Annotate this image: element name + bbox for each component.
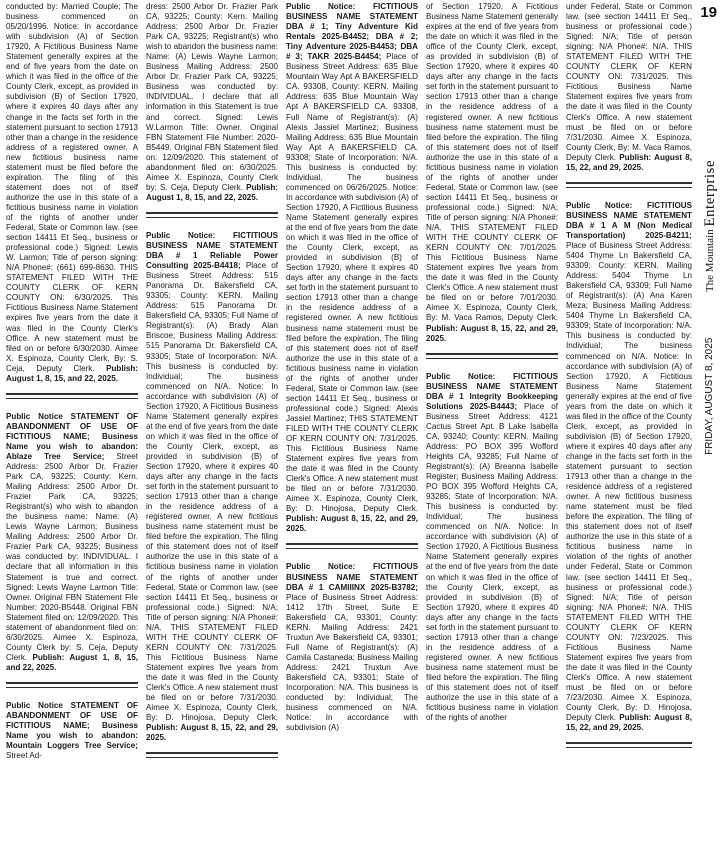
masthead-prefix: The Mountain [704,229,716,292]
notice-body: Place of Business Street Address: 1412 1… [286,593,418,733]
legal-notice: under Federal, State or Common law. (see… [566,2,692,173]
notice-heading: Public Notice: FICTITIOUS BUSINESS NAME … [566,201,692,240]
notice-divider [566,182,692,188]
legal-notice: of Section 17920, A Fictitious Business … [426,2,558,344]
vertical-masthead: FRIDAY, AUGUST 8, 2025 The Mountain Ente… [702,160,719,485]
notice-heading: Public Notice STATEMENT OF ABANDONMENT O… [6,701,138,750]
legal-notice: Public Notice: FICTITIOUS BUSINESS NAME … [426,372,558,724]
legal-notice: Public Notice STATEMENT OF ABANDONMENT O… [6,701,138,761]
page-number: 19 [700,4,717,21]
notice-body: Place of Business Street Address: 635 Bl… [286,52,418,513]
newspaper-page: conducted by: Married Couple; The busine… [0,0,723,858]
notice-body: dress: 2500 Arbor Dr. Frazier Park CA, 9… [146,2,278,192]
legal-notice: Public Notice: FICTITIOUS BUSINESS NAME … [566,201,692,733]
masthead-name: Enterprise [702,160,718,227]
column-5: under Federal, State or Common law. (see… [566,2,692,761]
notice-divider [146,212,278,218]
notice-divider [6,393,138,399]
legal-notice: conducted by: Married Couple; The busine… [6,2,138,384]
notice-body: conducted by: Married Couple; The busine… [6,2,138,373]
notice-body: of Section 17920, A Fictitious Business … [426,2,558,322]
notice-body: Place of Business Street Address: 515 Pa… [146,261,278,722]
notice-divider [566,742,692,748]
notice-body: Place of Business Street Address: 4121 C… [426,402,558,722]
publish-dates: Publish: August 8, 15, 22, and 29, 2025. [286,514,418,533]
legal-notice: Public Notice STATEMENT OF ABANDONMENT O… [6,412,138,673]
publish-dates: Publish: August 8, 15, 22, and 29, 2025. [426,324,558,343]
notice-divider [426,353,558,359]
notice-body: Street Address: 2500 Arbor Dr. Frazier P… [6,452,138,662]
dateline: FRIDAY, AUGUST 8, 2025 [704,338,715,455]
notice-body: under Federal, State or Common law. (see… [566,2,692,162]
notice-divider [146,752,278,758]
column-3: Public Notice: FICTITIOUS BUSINESS NAME … [286,2,418,733]
column-4: of Section 17920, A Fictitious Business … [426,2,558,723]
notice-divider [286,543,418,549]
publish-dates: Publish: August 8, 15, 22, and 29, 2025. [146,723,278,742]
legal-notice: dress: 2500 Arbor Dr. Frazier Park CA, 9… [146,2,278,203]
notice-divider [6,682,138,688]
legal-notice: Public Notice: FICTITIOUS BUSINESS NAME … [286,2,418,534]
column-2: dress: 2500 Arbor Dr. Frazier Park CA, 9… [146,2,278,771]
legal-notice: Public Notice: FICTITIOUS BUSINESS NAME … [286,562,418,733]
notice-heading: Public Notice: FICTITIOUS BUSINESS NAME … [286,562,418,591]
notice-body: Place of Business Street Address: 5404 T… [566,241,692,722]
column-1: conducted by: Married Couple; The busine… [6,2,138,761]
notice-body: Street Ad- [6,751,42,760]
legal-notice: Public Notice: FICTITIOUS BUSINESS NAME … [146,231,278,743]
